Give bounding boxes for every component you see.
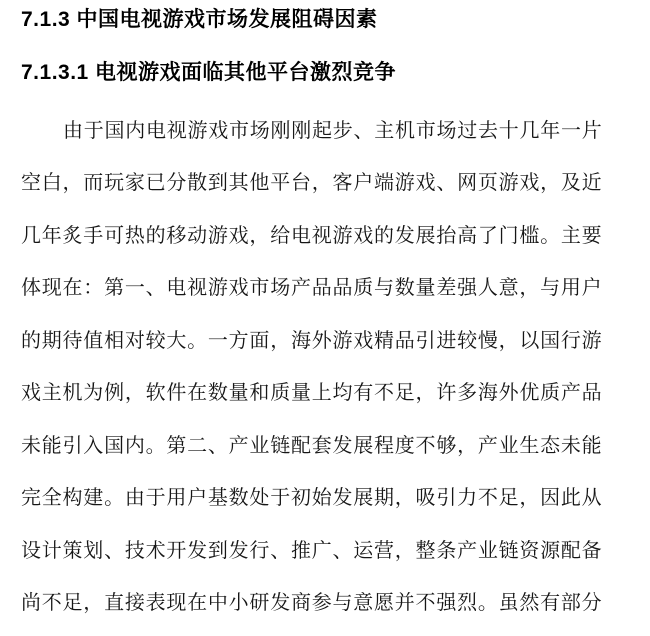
paragraph-line: 体现在：第一、电视游戏市场产品品质与数量差强人意，与用户 [21, 260, 602, 313]
paragraph-line: 几年炙手可热的移动游戏，给电视游戏的发展抬高了门槛。主要 [21, 207, 602, 260]
paragraph-line: 空白，而玩家已分散到其他平台，客户端游戏、网页游戏，及近 [21, 155, 602, 208]
paragraph-line: 设计策划、技术开发到发行、推广、运营，整条产业链资源配备 [21, 522, 602, 575]
subsection-heading: 7.1.3.1 电视游戏面临其他平台激烈竞争 [21, 61, 602, 84]
body-paragraph: 由于国内电视游戏市场刚刚起步、主机市场过去十几年一片空白，而玩家已分散到其他平台… [21, 102, 602, 627]
paragraph-line: 由于国内电视游戏市场刚刚起步、主机市场过去十几年一片 [21, 102, 602, 155]
section-heading: 7.1.3 中国电视游戏市场发展阻碍因素 [21, 8, 602, 31]
paragraph-line: 的期待值相对较大。一方面，海外游戏精品引进较慢，以国行游 [21, 312, 602, 365]
paragraph-line: 完全构建。由于用户基数处于初始发展期，吸引力不足，因此从 [21, 470, 602, 523]
paragraph-line: 尚不足，直接表现在中小研发商参与意愿并不强烈。虽然有部分 [21, 575, 602, 628]
paragraph-line: 戏主机为例，软件在数量和质量上均有不足，许多海外优质产品 [21, 365, 602, 418]
document-page: 7.1.3 中国电视游戏市场发展阻碍因素 7.1.3.1 电视游戏面临其他平台激… [0, 0, 650, 636]
paragraph-line: 未能引入国内。第二、产业链配套发展程度不够，产业生态未能 [21, 417, 602, 470]
